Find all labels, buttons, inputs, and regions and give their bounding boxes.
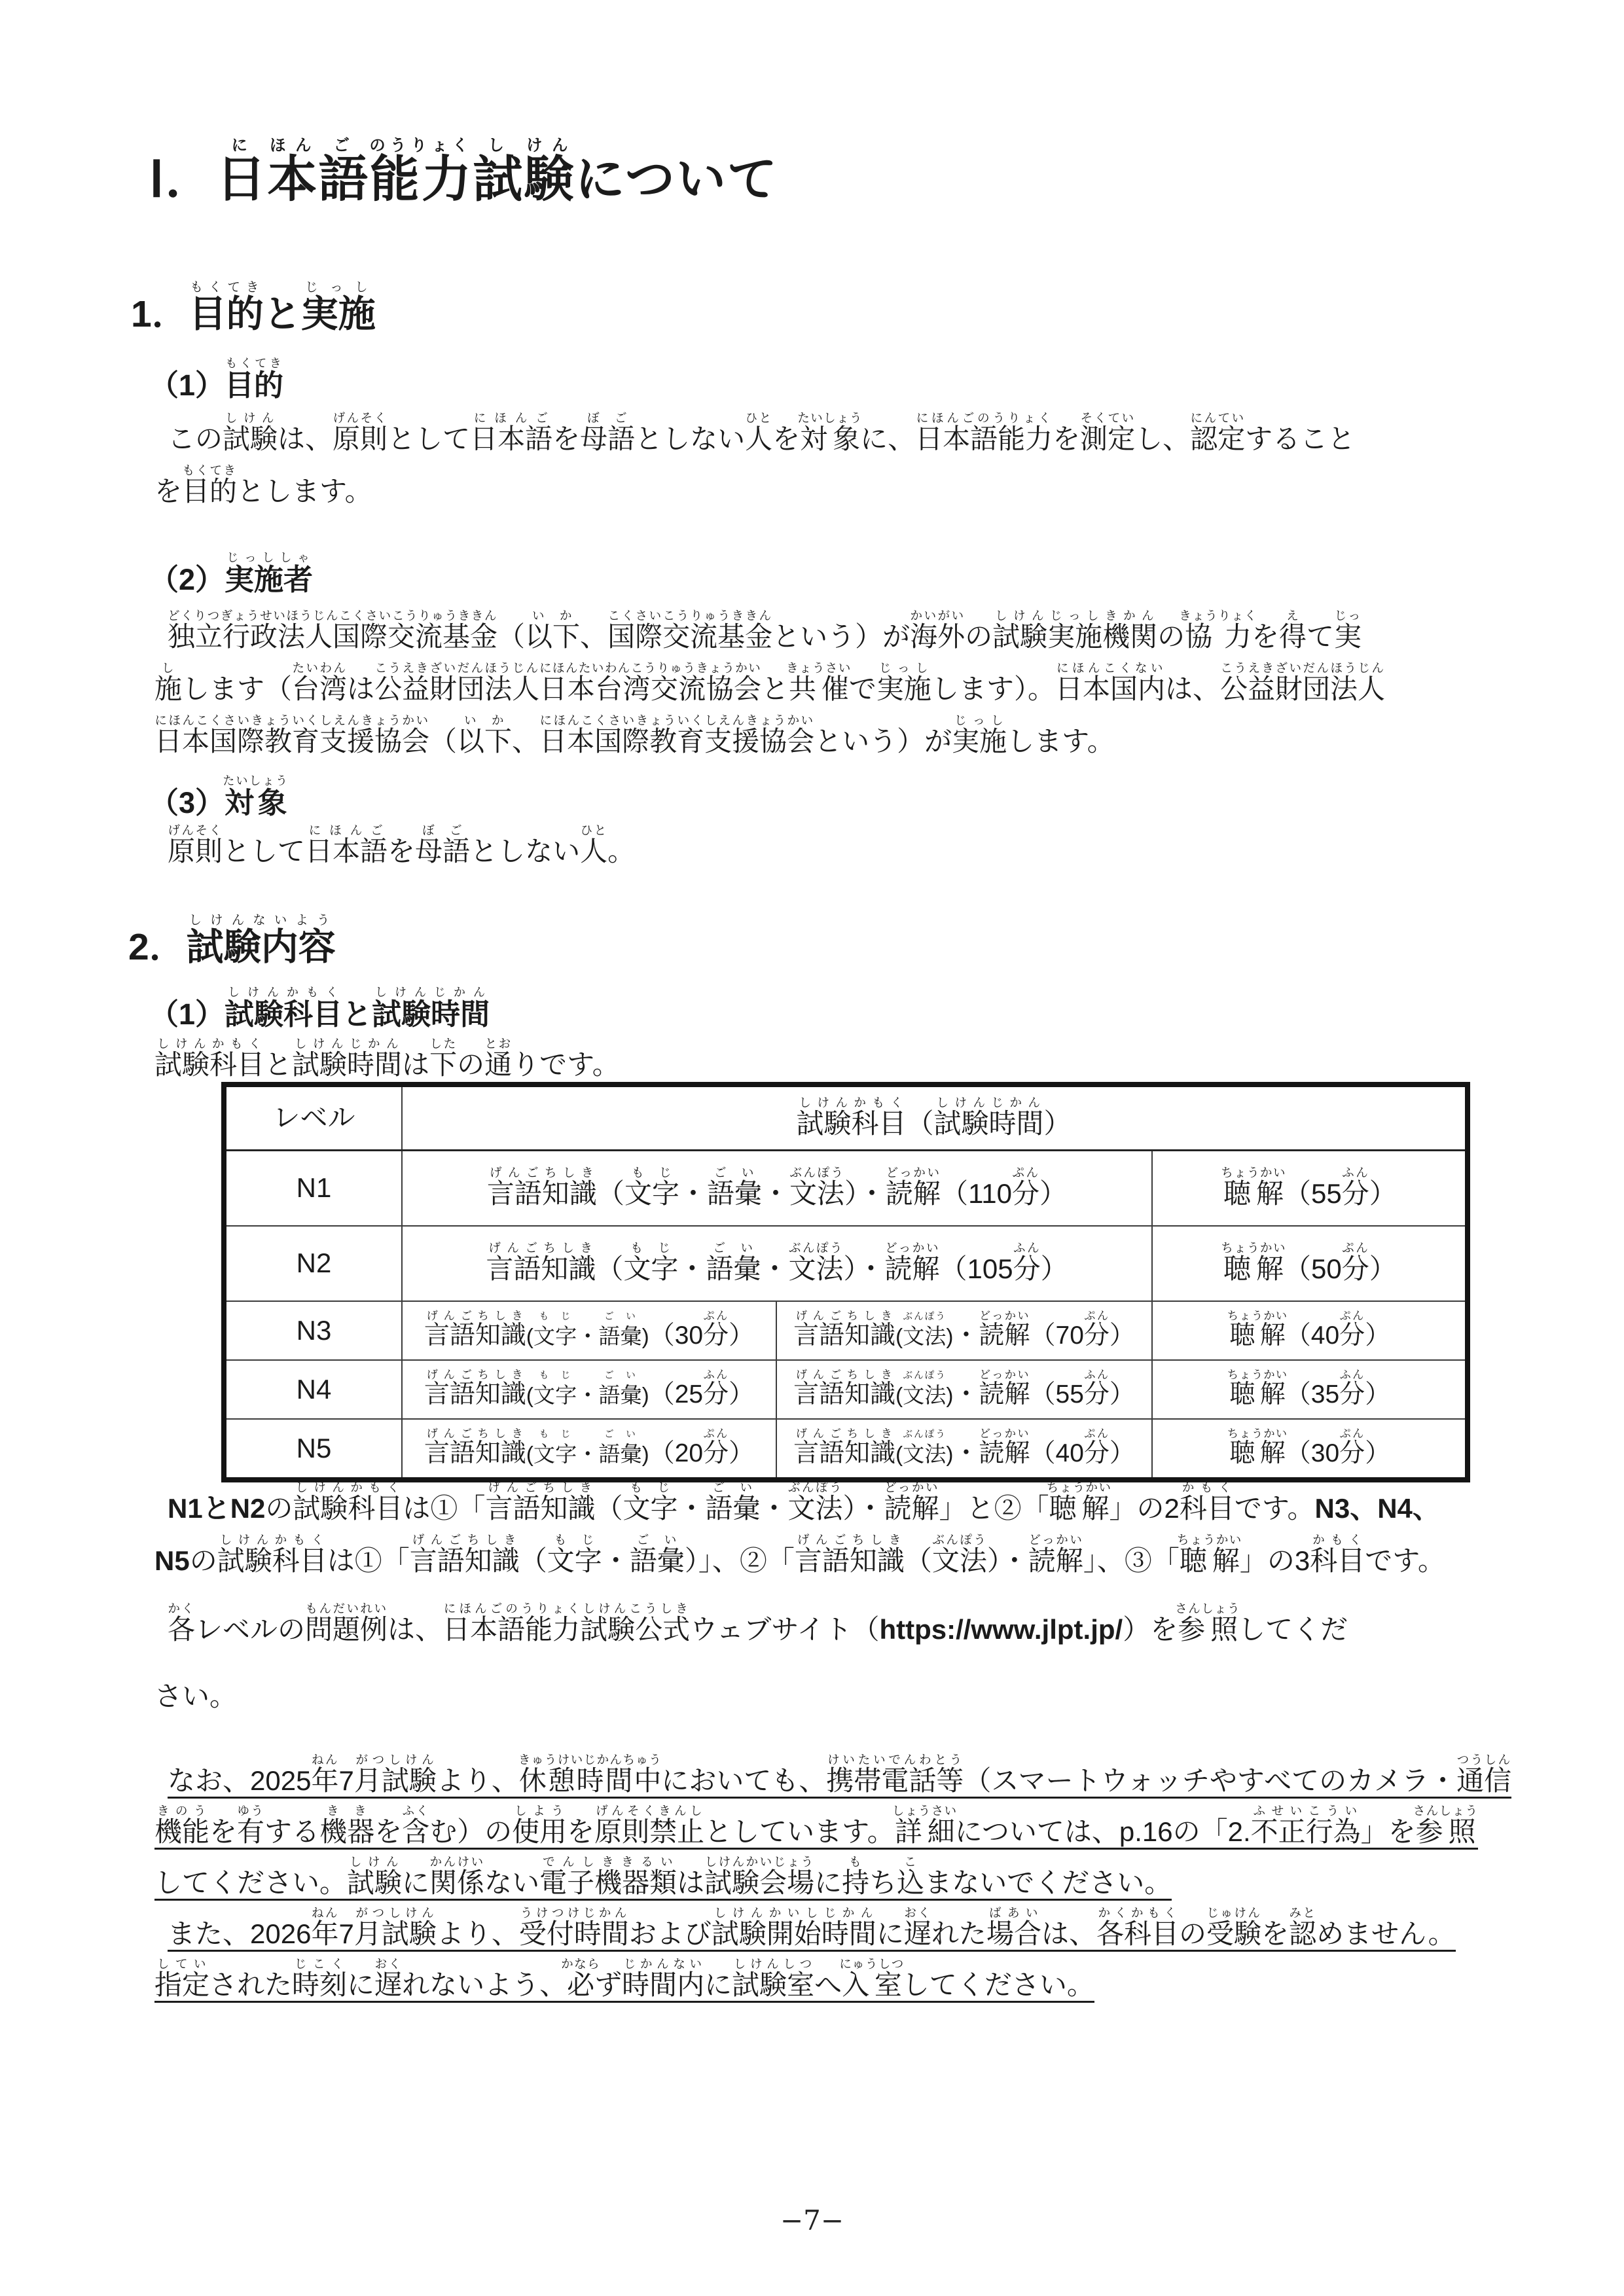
subject-cell-listening: 聴解ちょうかい（55分ふん）	[1152, 1151, 1468, 1227]
text-line: してください。試験しけんに関係かんけいない電子機器類でんしききるいは試験会場しけ…	[154, 1855, 1511, 1906]
document-page: Ⅰ．日に本ほん語ご能力のうりょく試し験けんについて 1．目的もくてきと実施じっし…	[0, 0, 1624, 2296]
section-2-heading: 2．試験内容しけんないよう	[128, 913, 336, 980]
subject-cell-listening: 聴解ちょうかい（50分ぷん）	[1152, 1226, 1468, 1301]
paragraph-table-intro: 試験科目しけんかもくと試験時間しけんじかんは下したの通とおりです。	[154, 1037, 620, 1089]
level-cell: N2	[224, 1226, 402, 1301]
subsection-1-2-heading-text: （2）実施者じっししゃ	[149, 563, 313, 596]
level-cell: N3	[224, 1301, 402, 1360]
subject-cell-language: 言語知識げんごちしき(文字もじ・語彙ごい)（30分ぷん）	[402, 1301, 776, 1360]
level-cell: N4	[224, 1360, 402, 1419]
text-line: 原則げんそくとして日本語にほんごを母語ぼごとしない人ひと。	[154, 823, 635, 876]
subsection-2-1-heading: （1）試験科目しけんかもくと試験時間しけんじかん	[149, 986, 490, 1041]
subsection-2-1-heading-text: （1）試験科目しけんかもくと試験時間しけんじかん	[149, 997, 490, 1031]
table-row-n1: N1 言語知識げんごちしき（文字もじ・語彙ごい・文法ぶんぽう）・読解どっかい（1…	[224, 1151, 1468, 1227]
subject-cell-language: 言語知識げんごちしき(文字もじ・語彙ごい)（20分ぷん）	[402, 1419, 776, 1480]
subject-cell-language-reading: 言語知識げんごちしき（文字もじ・語彙ごい・文法ぶんぽう）・読解どっかい（105分…	[402, 1226, 1152, 1301]
subject-cell-grammar-reading: 言語知識げんごちしき(文法ぶんぽう)・読解どっかい（70分ぷん）	[776, 1301, 1152, 1360]
title-text: 日に本ほん語ご能力のうりょく試し験けんについて	[216, 152, 778, 207]
text-line: 試験科目しけんかもくと試験時間しけんじかんは下したの通とおりです。	[154, 1037, 620, 1089]
subsection-1-1-heading-text: （1）目的もくてき	[149, 368, 283, 402]
subject-cell-listening: 聴解ちょうかい（30分ぷん）	[1152, 1419, 1468, 1480]
table-row-n2: N2 言語知識げんごちしき（文字もじ・語彙ごい・文法ぶんぽう）・読解どっかい（1…	[224, 1226, 1468, 1301]
text-line: この試験しけんは、原則げんそくとして日本語にほんごを母語ぼごとしない人ひとを対象…	[154, 411, 1355, 463]
exam-subjects-table: レベル 試験科目しけんかもく（試験時間しけんじかん） N1 言語知識げんごちしき…	[221, 1082, 1470, 1482]
text-line: また、2026年ねん7月試験がつしけんより、受付時間うけつけじかんおよび試験開始…	[154, 1906, 1511, 1957]
text-line: 機能きのうを有ゆうする機器ききを含ふくむ）の使用しようを原則禁止げんそくきんしと…	[154, 1804, 1511, 1855]
subject-cell-listening: 聴解ちょうかい（35分ふん）	[1152, 1360, 1468, 1419]
section-1-heading: 1．目的もくてきと実施じっし	[131, 280, 376, 347]
text-line: さい。	[154, 1670, 1445, 1723]
paragraph-warning: なお、2025年ねん7月試験がつしけんより、休憩時間中きゅうけいじかんちゅうにお…	[154, 1753, 1511, 2008]
subject-cell-grammar-reading: 言語知識げんごちしき(文法ぶんぽう)・読解どっかい（55分ふん）	[776, 1360, 1152, 1419]
subsection-1-1-heading: （1）目的もくてき	[149, 357, 283, 412]
paragraph-target: 原則げんそくとして日本語にほんごを母語ぼごとしない人ひと。	[154, 823, 635, 876]
section-2-heading-text: 2．試験内容しけんないよう	[128, 926, 336, 968]
text-line: 指定していされた時刻じこくに遅おくれないよう、必かならず時間内じかんないに試験室…	[154, 1957, 1511, 2008]
subsection-1-2-heading: （2）実施者じっししゃ	[149, 551, 313, 606]
subsection-1-3-heading-text: （3）対象たいしょう	[149, 786, 289, 819]
table-row-n5: N5 言語知識げんごちしき(文字もじ・語彙ごい)（20分ぷん） 言語知識げんごち…	[224, 1419, 1468, 1480]
page-number: −7−	[0, 2204, 1624, 2236]
paragraph-organizers: 独立行政法人国際交流基金どくりつぎょうせいほうじんこくさいこうりゅうききん（以下…	[154, 609, 1385, 766]
paragraph-purpose: この試験しけんは、原則げんそくとして日本語にほんごを母語ぼごとしない人ひとを対象…	[154, 411, 1355, 516]
level-cell: N1	[224, 1151, 402, 1227]
text-line: 日本国際教育支援協会にほんこくさいきょういくしえんきょうかい（以下いか、日本国際…	[154, 713, 1385, 766]
table-header-subjects: 試験科目しけんかもく（試験時間しけんじかん）	[402, 1085, 1468, 1151]
subject-cell-listening: 聴解ちょうかい（40分ぷん）	[1152, 1301, 1468, 1360]
paragraph-subjects-summary: N1とN2の試験科目しけんかもくは①「言語知識げんごちしき（文字もじ・語彙ごい・…	[154, 1480, 1445, 1723]
text-line: なお、2025年ねん7月試験がつしけんより、休憩時間中きゅうけいじかんちゅうにお…	[154, 1753, 1511, 1804]
text-line: N5の試験科目しけんかもくは①「言語知識げんごちしき（文字もじ・語彙ごい）」、②…	[154, 1533, 1445, 1585]
text-line: を目的もくてきとします。	[154, 463, 1355, 516]
subject-cell-language: 言語知識げんごちしき(文字もじ・語彙ごい)（25分ふん）	[402, 1360, 776, 1419]
text-line: N1とN2の試験科目しけんかもくは①「言語知識げんごちしき（文字もじ・語彙ごい・…	[154, 1480, 1445, 1533]
page-title: Ⅰ．日に本ほん語ご能力のうりょく試し験けんについて	[149, 134, 778, 226]
level-cell: N5	[224, 1419, 402, 1480]
text-line: 独立行政法人国際交流基金どくりつぎょうせいほうじんこくさいこうりゅうききん（以下…	[154, 609, 1385, 661]
table-row-n3: N3 言語知識げんごちしき(文字もじ・語彙ごい)（30分ぷん） 言語知識げんごち…	[224, 1301, 1468, 1360]
table-row-n4: N4 言語知識げんごちしき(文字もじ・語彙ごい)（25分ふん） 言語知識げんごち…	[224, 1360, 1468, 1419]
table-header-level: レベル	[224, 1085, 402, 1151]
text-line: 施しします（台湾たいわんは公益財団法人こうえきざいだんほうじん日本台湾交流協会に…	[154, 661, 1385, 713]
subject-cell-grammar-reading: 言語知識げんごちしき(文法ぶんぽう)・読解どっかい（40分ぷん）	[776, 1419, 1152, 1480]
subject-cell-language-reading: 言語知識げんごちしき（文字もじ・語彙ごい・文法ぶんぽう）・読解どっかい（110分…	[402, 1151, 1152, 1227]
text-line: 各かくレベルの問題例もんだいれいは、日本語能力試験公式にほんごのうりょくしけんこ…	[154, 1602, 1445, 1654]
subsection-1-3-heading: （3）対象たいしょう	[149, 774, 289, 829]
table-header-row: レベル 試験科目しけんかもく（試験時間しけんじかん）	[224, 1085, 1468, 1151]
section-1-heading-text: 1．目的もくてきと実施じっし	[131, 293, 376, 335]
title-numeral: Ⅰ．	[149, 152, 216, 207]
